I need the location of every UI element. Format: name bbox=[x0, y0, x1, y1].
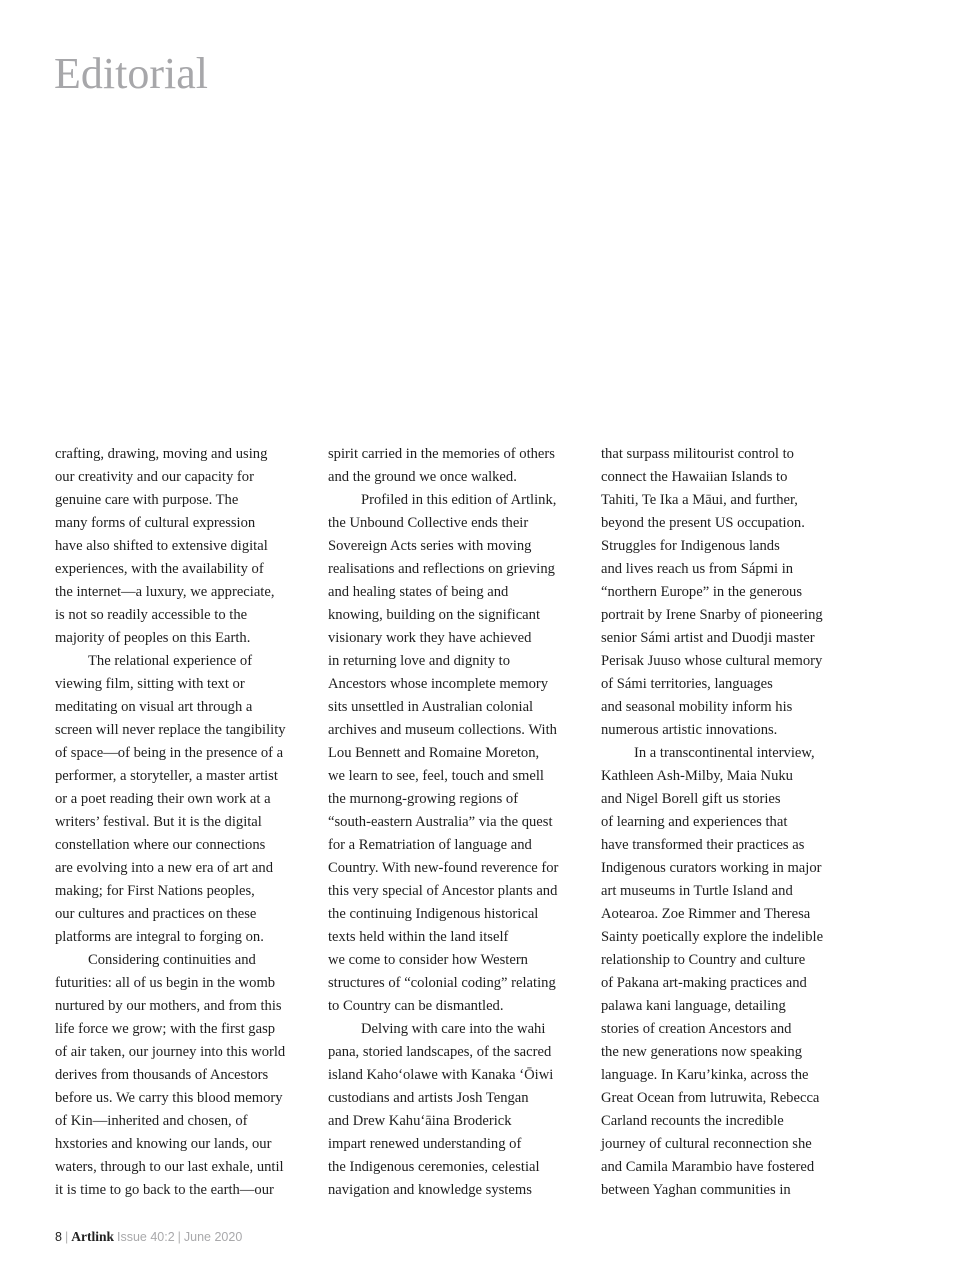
text-line: visionary work they have achieved bbox=[328, 627, 590, 650]
page-footer: 8|ArtlinkIssue 40:2|June 2020 bbox=[55, 1228, 242, 1246]
text-line: and seasonal mobility inform his bbox=[601, 696, 863, 719]
text-line: art museums in Turtle Island and bbox=[601, 880, 863, 903]
text-line: numerous artistic innovations. bbox=[601, 719, 863, 742]
text-line: for a Rematriation of language and bbox=[328, 834, 590, 857]
text-line: Ancestors whose incomplete memory bbox=[328, 673, 590, 696]
text-line: this very special of Ancestor plants and bbox=[328, 880, 590, 903]
text-line: Kathleen Ash-Milby, Maia Nuku bbox=[601, 765, 863, 788]
text-line: Tahiti, Te Ika a Māui, and further, bbox=[601, 489, 863, 512]
text-line: Profiled in this edition of Artlink, bbox=[328, 489, 590, 512]
text-line: are evolving into a new era of art and bbox=[55, 857, 317, 880]
text-line: screen will never replace the tangibilit… bbox=[55, 719, 317, 742]
text-line: structures of “colonial coding” relating bbox=[328, 972, 590, 995]
text-line: palawa kani language, detailing bbox=[601, 995, 863, 1018]
text-line: Sovereign Acts series with moving bbox=[328, 535, 590, 558]
text-line: Indigenous curators working in major bbox=[601, 857, 863, 880]
text-line: majority of peoples on this Earth. bbox=[55, 627, 317, 650]
text-line: the internet—a luxury, we appreciate, bbox=[55, 581, 317, 604]
text-line: “northern Europe” in the generous bbox=[601, 581, 863, 604]
text-line: platforms are integral to forging on. bbox=[55, 926, 317, 949]
text-line: we learn to see, feel, touch and smell bbox=[328, 765, 590, 788]
text-line: archives and museum collections. With bbox=[328, 719, 590, 742]
text-line: the Unbound Collective ends their bbox=[328, 512, 590, 535]
text-line: portrait by Irene Snarby of pioneering bbox=[601, 604, 863, 627]
text-line: our creativity and our capacity for bbox=[55, 466, 317, 489]
publication-name: Artlink bbox=[71, 1229, 114, 1244]
footer-separator: | bbox=[178, 1230, 181, 1244]
issue-label: Issue 40:2 bbox=[117, 1230, 175, 1244]
text-line: our cultures and practices on these bbox=[55, 903, 317, 926]
text-line: many forms of cultural expression bbox=[55, 512, 317, 535]
text-line: to Country can be dismantled. bbox=[328, 995, 590, 1018]
text-line: making; for First Nations peoples, bbox=[55, 880, 317, 903]
text-line: Lou Bennett and Romaine Moreton, bbox=[328, 742, 590, 765]
text-line: and Nigel Borell gift us stories bbox=[601, 788, 863, 811]
text-line: navigation and knowledge systems bbox=[328, 1179, 590, 1202]
text-line: derives from thousands of Ancestors bbox=[55, 1064, 317, 1087]
text-line: or a poet reading their own work at a bbox=[55, 788, 317, 811]
text-line: of Sámi territories, languages bbox=[601, 673, 863, 696]
text-line: and the ground we once walked. bbox=[328, 466, 590, 489]
text-line: Struggles for Indigenous lands bbox=[601, 535, 863, 558]
text-line: life force we grow; with the first gasp bbox=[55, 1018, 317, 1041]
text-line: Considering continuities and bbox=[55, 949, 317, 972]
text-line: waters, through to our last exhale, unti… bbox=[55, 1156, 317, 1179]
text-line: Aotearoa. Zoe Rimmer and Theresa bbox=[601, 903, 863, 926]
text-line: senior Sámi artist and Duodji master bbox=[601, 627, 863, 650]
text-line: genuine care with purpose. The bbox=[55, 489, 317, 512]
text-line: the new generations now speaking bbox=[601, 1041, 863, 1064]
text-column-1: crafting, drawing, moving and usingour c… bbox=[55, 443, 317, 1202]
text-line: the murnong-growing regions of bbox=[328, 788, 590, 811]
text-line: “south-eastern Australia” via the quest bbox=[328, 811, 590, 834]
text-line: and Camila Marambio have fostered bbox=[601, 1156, 863, 1179]
text-line: between Yaghan communities in bbox=[601, 1179, 863, 1202]
text-line: knowing, building on the significant bbox=[328, 604, 590, 627]
text-line: texts held within the land itself bbox=[328, 926, 590, 949]
text-line: of Pakana art-making practices and bbox=[601, 972, 863, 995]
text-line: viewing film, sitting with text or bbox=[55, 673, 317, 696]
text-line: connect the Hawaiian Islands to bbox=[601, 466, 863, 489]
text-line: we come to consider how Western bbox=[328, 949, 590, 972]
text-line: hxstories and knowing our lands, our bbox=[55, 1133, 317, 1156]
text-line: of air taken, our journey into this worl… bbox=[55, 1041, 317, 1064]
text-line: meditating on visual art through a bbox=[55, 696, 317, 719]
text-line: island Kahoʻolawe with Kanaka ʻŌiwi bbox=[328, 1064, 590, 1087]
text-line: Carland recounts the incredible bbox=[601, 1110, 863, 1133]
issue-date: June 2020 bbox=[184, 1230, 242, 1244]
text-line: futurities: all of us begin in the womb bbox=[55, 972, 317, 995]
text-line: have also shifted to extensive digital bbox=[55, 535, 317, 558]
text-line: and Drew Kahuʻāina Broderick bbox=[328, 1110, 590, 1133]
text-line: beyond the present US occupation. bbox=[601, 512, 863, 535]
text-line: and healing states of being and bbox=[328, 581, 590, 604]
article-body: crafting, drawing, moving and usingour c… bbox=[55, 443, 875, 1213]
text-line: is not so readily accessible to the bbox=[55, 604, 317, 627]
text-line: Delving with care into the wahi bbox=[328, 1018, 590, 1041]
text-line: Country. With new-found reverence for bbox=[328, 857, 590, 880]
text-line: and lives reach us from Sápmi in bbox=[601, 558, 863, 581]
text-line: of learning and experiences that bbox=[601, 811, 863, 834]
text-line: have transformed their practices as bbox=[601, 834, 863, 857]
text-line: writers’ festival. But it is the digital bbox=[55, 811, 317, 834]
text-line: the Indigenous ceremonies, celestial bbox=[328, 1156, 590, 1179]
text-line: Great Ocean from lutruwita, Rebecca bbox=[601, 1087, 863, 1110]
text-line: custodians and artists Josh Tengan bbox=[328, 1087, 590, 1110]
text-line: impart renewed understanding of bbox=[328, 1133, 590, 1156]
text-line: before us. We carry this blood memory bbox=[55, 1087, 317, 1110]
text-line: crafting, drawing, moving and using bbox=[55, 443, 317, 466]
text-line: journey of cultural reconnection she bbox=[601, 1133, 863, 1156]
text-line: language. In Karu’kinka, across the bbox=[601, 1064, 863, 1087]
text-line: stories of creation Ancestors and bbox=[601, 1018, 863, 1041]
footer-separator: | bbox=[65, 1230, 68, 1244]
text-line: in returning love and dignity to bbox=[328, 650, 590, 673]
text-line: sits unsettled in Australian colonial bbox=[328, 696, 590, 719]
text-line: nurtured by our mothers, and from this bbox=[55, 995, 317, 1018]
text-line: pana, storied landscapes, of the sacred bbox=[328, 1041, 590, 1064]
text-line: experiences, with the availability of bbox=[55, 558, 317, 581]
text-line: constellation where our connections bbox=[55, 834, 317, 857]
text-line: that surpass militourist control to bbox=[601, 443, 863, 466]
text-line: Sainty poetically explore the indelible bbox=[601, 926, 863, 949]
page-title: Editorial bbox=[54, 46, 208, 102]
text-line: it is time to go back to the earth—our bbox=[55, 1179, 317, 1202]
text-line: of Kin—inherited and chosen, of bbox=[55, 1110, 317, 1133]
text-line: The relational experience of bbox=[55, 650, 317, 673]
text-line: spirit carried in the memories of others bbox=[328, 443, 590, 466]
text-line: realisations and reflections on grieving bbox=[328, 558, 590, 581]
text-column-2: spirit carried in the memories of others… bbox=[328, 443, 590, 1202]
text-column-3: that surpass militourist control toconne… bbox=[601, 443, 863, 1202]
page-number: 8 bbox=[55, 1230, 62, 1244]
text-line: Perisak Juuso whose cultural memory bbox=[601, 650, 863, 673]
text-line: the continuing Indigenous historical bbox=[328, 903, 590, 926]
text-line: relationship to Country and culture bbox=[601, 949, 863, 972]
text-line: of space—of being in the presence of a bbox=[55, 742, 317, 765]
text-line: In a transcontinental interview, bbox=[601, 742, 863, 765]
text-line: performer, a storyteller, a master artis… bbox=[55, 765, 317, 788]
